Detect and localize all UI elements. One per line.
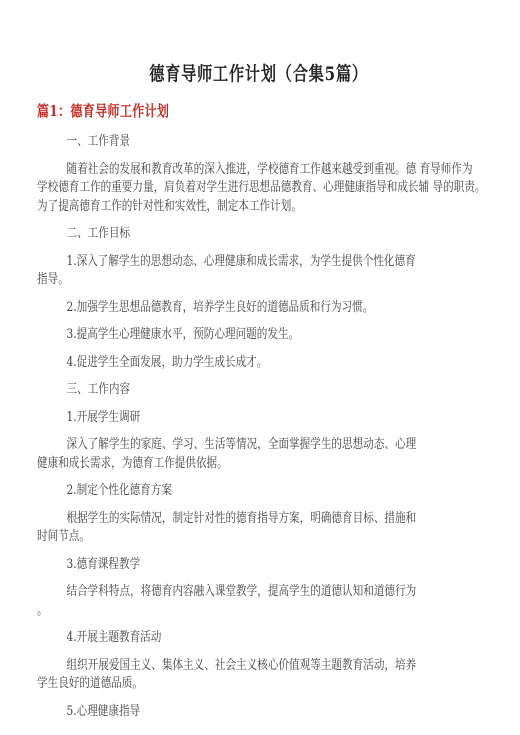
content-item-3-paragraph: 结合学科特点，将德育内容融入课堂教学，提高学生的道德认知和道德行为 。: [37, 583, 480, 620]
section-heading-work-content: 三、工作内容: [37, 381, 480, 400]
content-item-2-title: 2.制定个性化德育方案: [37, 482, 480, 501]
content-item-5-title: 5.心理健康指导: [37, 703, 480, 722]
content-item-4-paragraph: 组织开展爱国主义、集体主义、社会主义核心价值观等主题教育活动，培养 学生良好的道…: [37, 657, 480, 694]
content-item-1-title: 1.开展学生调研: [37, 409, 480, 428]
content-item-4-title: 4.开展主题教育活动: [37, 629, 480, 648]
document-content: 德育导师工作计划（合集5篇） 篇1：德育导师工作计划 一、工作背景 随着社会的发…: [37, 62, 480, 721]
goal-item-2: 2.加强学生思想品德教育，培养学生良好的道德品质和行为习惯。: [37, 299, 480, 318]
paragraph-background: 随着社会的发展和教育改革的深入推进，学校德育工作越来越受到重视。德 育导师作为 …: [37, 161, 480, 217]
section-heading-work-goals: 二、工作目标: [37, 225, 480, 244]
content-item-2-paragraph: 根据学生的实际情况，制定针对性的德育指导方案，明确德育目标、措施和 时间节点。: [37, 510, 480, 547]
goal-item-3: 3.提高学生心理健康水平，预防心理问题的发生。: [37, 326, 480, 345]
document-page: 德育导师工作计划（合集5篇） 篇1：德育导师工作计划 一、工作背景 随着社会的发…: [0, 0, 520, 735]
document-title: 德育导师工作计划（合集5篇）: [37, 62, 480, 86]
section-heading-work-background: 一、工作背景: [37, 133, 480, 152]
goal-item-4: 4.促进学生全面发展，助力学生成长成才。: [37, 354, 480, 373]
content-item-3-title: 3.德育课程教学: [37, 556, 480, 575]
part-1-heading: 篇1：德育导师工作计划: [37, 102, 480, 120]
goal-item-1: 1.深入了解学生的思想动态、心理健康和成长需求，为学生提供个性化德育 指导。: [37, 253, 480, 290]
content-item-1-paragraph: 深入了解学生的家庭、学习、生活等情况，全面掌握学生的思想动态、心理 健康和成长需…: [37, 436, 480, 473]
